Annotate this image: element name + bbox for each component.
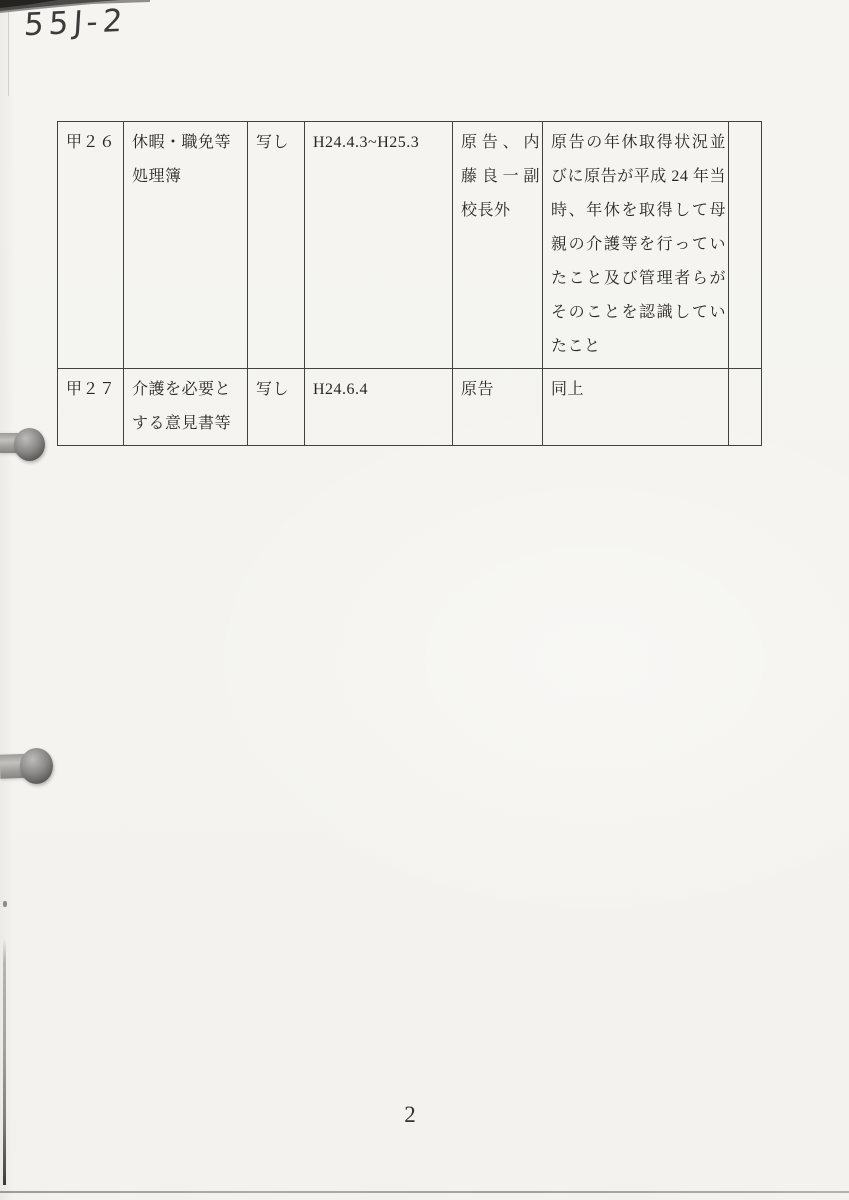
note-cell — [729, 369, 762, 446]
page-number: 2 — [380, 1102, 440, 1128]
binder-ring-knob — [20, 748, 53, 784]
purpose-cell: 同上 — [543, 369, 729, 446]
left-edge-dot — [3, 901, 7, 907]
author-cell: 原告 — [453, 369, 543, 446]
left-edge-scan-streak — [3, 938, 6, 1185]
copy-type-cell: 写し — [248, 369, 305, 446]
document-title-cell: 介護を必要とする意見書等 — [124, 369, 248, 446]
author-cell: 原告、内藤良一副校長外 — [453, 122, 543, 369]
table-row: 甲２７ 介護を必要とする意見書等 写し H24.6.4 原告 同上 — [58, 369, 762, 446]
note-cell — [729, 122, 762, 369]
date-cell: H24.6.4 — [305, 369, 453, 446]
copy-type-cell: 写し — [248, 122, 305, 369]
binder-ring-bottom — [0, 742, 56, 790]
document-title-cell: 休暇・職免等処理簿 — [124, 122, 248, 369]
exhibit-number-cell: 甲２７ — [58, 369, 124, 446]
binder-ring-knob — [14, 428, 45, 461]
paper-edge-line — [8, 12, 9, 96]
binder-ring-top — [0, 425, 50, 465]
scanned-page: 55J-2 甲２６ 休暇・職免等処理簿 写し H24.4.3~H25.3 原告、… — [0, 0, 849, 1200]
table-row: 甲２６ 休暇・職免等処理簿 写し H24.4.3~H25.3 原告、内藤良一副校… — [58, 122, 762, 369]
handwritten-label: 55J-2 — [23, 4, 128, 43]
evidence-table: 甲２６ 休暇・職免等処理簿 写し H24.4.3~H25.3 原告、内藤良一副校… — [57, 121, 762, 446]
date-cell: H24.4.3~H25.3 — [305, 122, 453, 369]
purpose-cell: 原告の年休取得状況並びに原告が平成 24 年当時、年休を取得して母親の介護等を行… — [543, 122, 729, 369]
exhibit-number-cell: 甲２６ — [58, 122, 124, 369]
bottom-scan-line — [0, 1191, 849, 1193]
